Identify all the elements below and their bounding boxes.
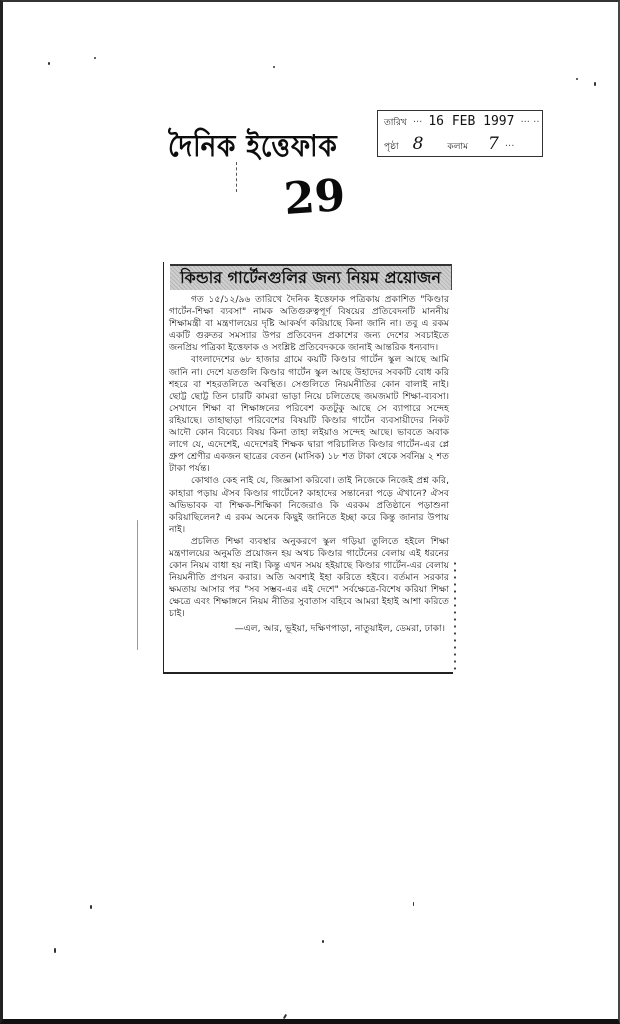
- handwritten-number: 29: [282, 170, 347, 225]
- scan-speck: [322, 940, 324, 943]
- pencil-mark: [236, 162, 239, 192]
- stamp-column-label: কলাম: [447, 139, 468, 154]
- scan-speck: [90, 905, 92, 909]
- stamp-dots: ···: [505, 141, 515, 152]
- scan-speck: [137, 520, 138, 650]
- scan-speck: [576, 78, 578, 80]
- scan-speck: [413, 902, 414, 906]
- scan-speck: [273, 66, 275, 68]
- date-stamp: তারিখ ··· 16 FEB 1997 ··· ·· পৃষ্ঠা 8 কল…: [377, 110, 543, 157]
- stamp-date-label: তারিখ: [384, 115, 407, 130]
- scan-speck: [54, 948, 56, 953]
- article-paragraph: বাংলাদেশের ৬৮ হাজার গ্রামে কয়টি কিণ্ডার…: [169, 354, 449, 475]
- article-paragraph: কোথাও কেহ নাই যে, জিজ্ঞাসা করিবো। তাই নি…: [169, 475, 449, 535]
- article-signature: —এল, আর, ভূইয়া, দক্ষিণপাড়া, নাতুয়াইল,…: [169, 623, 449, 635]
- newspaper-masthead: দৈনিক ইত্তেফাক: [168, 123, 338, 174]
- headline-box: কিন্ডার গার্টেনগুলির জন্য নিয়ম প্রয়োজন: [170, 264, 452, 290]
- stamp-column-value: 7: [488, 134, 499, 154]
- scan-speck: [594, 82, 596, 86]
- stamp-page-row: পৃষ্ঠা 8 কলাম 7 ···: [384, 134, 536, 154]
- stamp-dots: ··· ··: [520, 117, 539, 128]
- article-clipping: কিন্ডার গার্টেনগুলির জন্য নিয়ম প্রয়োজন…: [163, 262, 453, 674]
- scan-speck: [94, 57, 96, 59]
- scan-noise-dots: [452, 560, 458, 670]
- scan-speck: [48, 62, 50, 65]
- stamp-date-value: 16 FEB 1997: [428, 114, 514, 129]
- stamp-dots: ···: [413, 117, 423, 128]
- article-paragraph: গত ১৫/১২/৯৬ তারিখে দৈনিক ইত্তেফাক পত্রিক…: [169, 294, 449, 354]
- article-body: গত ১৫/১২/৯৬ তারিখে দৈনিক ইত্তেফাক পত্রিক…: [169, 294, 449, 635]
- article-paragraph: প্রচলিত শিক্ষা ব্যবস্থার অনুকরণে স্কুল গ…: [169, 536, 449, 621]
- article-headline: কিন্ডার গার্টেনগুলির জন্য নিয়ম প্রয়োজন: [180, 265, 441, 292]
- stamp-page-value: 8: [413, 134, 424, 154]
- stamp-date-row: তারিখ ··· 16 FEB 1997 ··· ··: [384, 114, 536, 134]
- stamp-page-label: পৃষ্ঠা: [384, 139, 399, 154]
